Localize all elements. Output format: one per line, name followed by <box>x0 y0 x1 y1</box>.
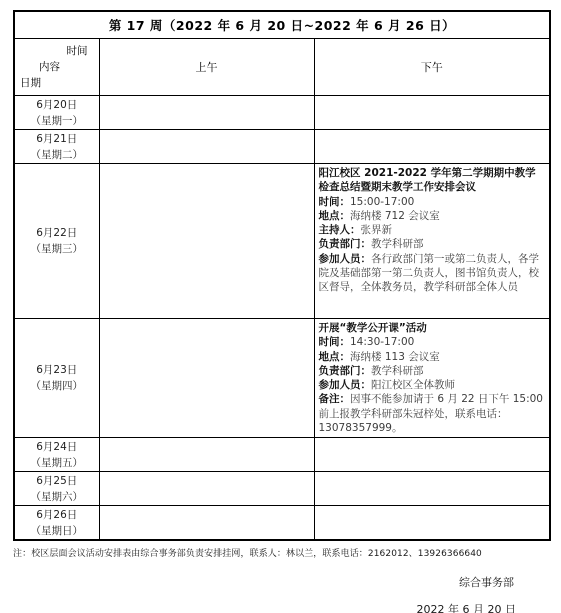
date-line: 6月24日 <box>15 439 99 455</box>
date-cell-jun21: 6月21日 （星期二） <box>14 130 99 164</box>
date-line: 6月20日 <box>15 97 99 113</box>
event-field-time: 时间：15:00-17:00 <box>319 195 547 209</box>
afternoon-cell-jun20 <box>314 96 550 130</box>
date-line: 6月21日 <box>15 131 99 147</box>
corner-cell: 时间 内容 日期 <box>14 39 99 96</box>
field-value: 教学科研部 <box>371 365 424 377</box>
column-header-afternoon: 下午 <box>314 39 550 96</box>
event-field-department: 负责部门：教学科研部 <box>319 237 547 251</box>
field-label: 负责部门： <box>319 365 372 377</box>
morning-cell-jun24 <box>99 438 314 472</box>
weekday-line: （星期六） <box>15 489 99 505</box>
event-field-time: 时间：14:30-17:00 <box>319 335 547 349</box>
field-value: 因事不能参加请于 6 月 22 日下午 15:00 前上报教学科研部朱冠梓处，联… <box>319 393 544 434</box>
field-value: 张界新 <box>361 224 393 236</box>
corner-label-date: 日期 <box>17 75 97 91</box>
event-title: 开展“教学公开课”活动 <box>319 321 547 335</box>
afternoon-cell-jun21 <box>314 130 550 164</box>
date-line: 6月26日 <box>15 507 99 523</box>
afternoon-cell-jun24 <box>314 438 550 472</box>
field-label: 参加人员： <box>319 379 372 391</box>
morning-cell-jun25 <box>99 472 314 506</box>
title-row: 第 17 周（2022 年 6 月 20 日~2022 年 6 月 26 日） <box>14 11 550 39</box>
corner-label-content: 内容 <box>17 59 97 75</box>
date-line: 6月22日 <box>15 225 99 241</box>
date-line: 6月25日 <box>15 473 99 489</box>
table-row-jun24: 6月24日 （星期五） <box>14 438 550 472</box>
event-field-place: 地点：海纳楼 113 会议室 <box>319 350 547 364</box>
weekday-line: （星期二） <box>15 147 99 163</box>
table-row-jun21: 6月21日 （星期二） <box>14 130 550 164</box>
field-label: 时间： <box>319 336 351 348</box>
weekday-line: （星期三） <box>15 241 99 257</box>
field-label: 时间： <box>319 196 351 208</box>
field-value: 阳江校区全体教师 <box>371 379 455 391</box>
footnote: 注：校区层面会议活动安排表由综合事务部负责安排挂网，联系人：林以兰，联系电话：2… <box>13 546 561 559</box>
morning-cell-jun20 <box>99 96 314 130</box>
header-row: 时间 内容 日期 上午 下午 <box>14 39 550 96</box>
event-title: 阳江校区 2021-2022 学年第二学期期中教学检查总结暨期末教学工作安排会议 <box>319 167 536 193</box>
event-field-place: 地点：海纳楼 712 会议室 <box>319 209 547 223</box>
field-label: 备注： <box>319 393 351 405</box>
field-label: 地点： <box>319 210 351 222</box>
afternoon-cell-jun26 <box>314 506 550 541</box>
table-row-jun25: 6月25日 （星期六） <box>14 472 550 506</box>
morning-cell-jun23 <box>99 319 314 438</box>
field-value: 海纳楼 113 会议室 <box>350 351 440 363</box>
corner-label-time: 时间 <box>17 43 97 59</box>
field-label: 参加人员： <box>319 253 372 265</box>
column-header-morning: 上午 <box>99 39 314 96</box>
table-row-jun26: 6月26日 （星期日） <box>14 506 550 541</box>
afternoon-cell-jun25 <box>314 472 550 506</box>
date-cell-jun23: 6月23日 （星期四） <box>14 319 99 438</box>
field-value: 14:30-17:00 <box>350 336 414 348</box>
event-field-host: 主持人：张界新 <box>319 223 547 237</box>
field-value: 15:00-17:00 <box>350 196 414 208</box>
event-field-participants: 参加人员：各行政部门第一或第二负责人，各学院及基础部第一第二负责人，图书馆负责人… <box>319 252 547 295</box>
field-label: 负责部门： <box>319 238 372 250</box>
date-line: 6月23日 <box>15 362 99 378</box>
morning-cell-jun21 <box>99 130 314 164</box>
table-row-jun23: 6月23日 （星期四） 开展“教学公开课”活动 时间：14:30-17:00 地… <box>14 319 550 438</box>
weekday-line: （星期四） <box>15 378 99 394</box>
schedule-sheet: 第 17 周（2022 年 6 月 20 日~2022 年 6 月 26 日） … <box>0 0 561 613</box>
weekday-line: （星期五） <box>15 455 99 471</box>
date-cell-jun22: 6月22日 （星期三） <box>14 164 99 319</box>
event-field-remark: 备注：因事不能参加请于 6 月 22 日下午 15:00 前上报教学科研部朱冠梓… <box>319 392 547 435</box>
afternoon-event-jun23: 开展“教学公开课”活动 时间：14:30-17:00 地点：海纳楼 113 会议… <box>314 319 550 438</box>
date-cell-jun26: 6月26日 （星期日） <box>14 506 99 541</box>
table-row-jun20: 6月20日 （星期一） <box>14 96 550 130</box>
event-field-department: 负责部门：教学科研部 <box>319 364 547 378</box>
week-title: 第 17 周（2022 年 6 月 20 日~2022 年 6 月 26 日） <box>14 11 550 39</box>
weekday-line: （星期日） <box>15 523 99 539</box>
signature-date: 2022 年 6 月 20 日 <box>0 601 516 613</box>
weekly-schedule-table: 第 17 周（2022 年 6 月 20 日~2022 年 6 月 26 日） … <box>13 10 551 541</box>
event-field-participants: 参加人员：阳江校区全体教师 <box>319 378 547 392</box>
field-label: 地点： <box>319 351 351 363</box>
date-cell-jun20: 6月20日 （星期一） <box>14 96 99 130</box>
morning-cell-jun22 <box>99 164 314 319</box>
date-cell-jun25: 6月25日 （星期六） <box>14 472 99 506</box>
date-cell-jun24: 6月24日 （星期五） <box>14 438 99 472</box>
afternoon-event-jun22: 阳江校区 2021-2022 学年第二学期期中教学检查总结暨期末教学工作安排会议… <box>314 164 550 319</box>
weekday-line: （星期一） <box>15 113 99 129</box>
field-value: 海纳楼 712 会议室 <box>350 210 440 222</box>
field-value: 教学科研部 <box>371 238 424 250</box>
table-row-jun22: 6月22日 （星期三） 阳江校区 2021-2022 学年第二学期期中教学检查总… <box>14 164 550 319</box>
field-label: 主持人： <box>319 224 361 236</box>
morning-cell-jun26 <box>99 506 314 541</box>
signature-department: 综合事务部 <box>0 574 514 590</box>
